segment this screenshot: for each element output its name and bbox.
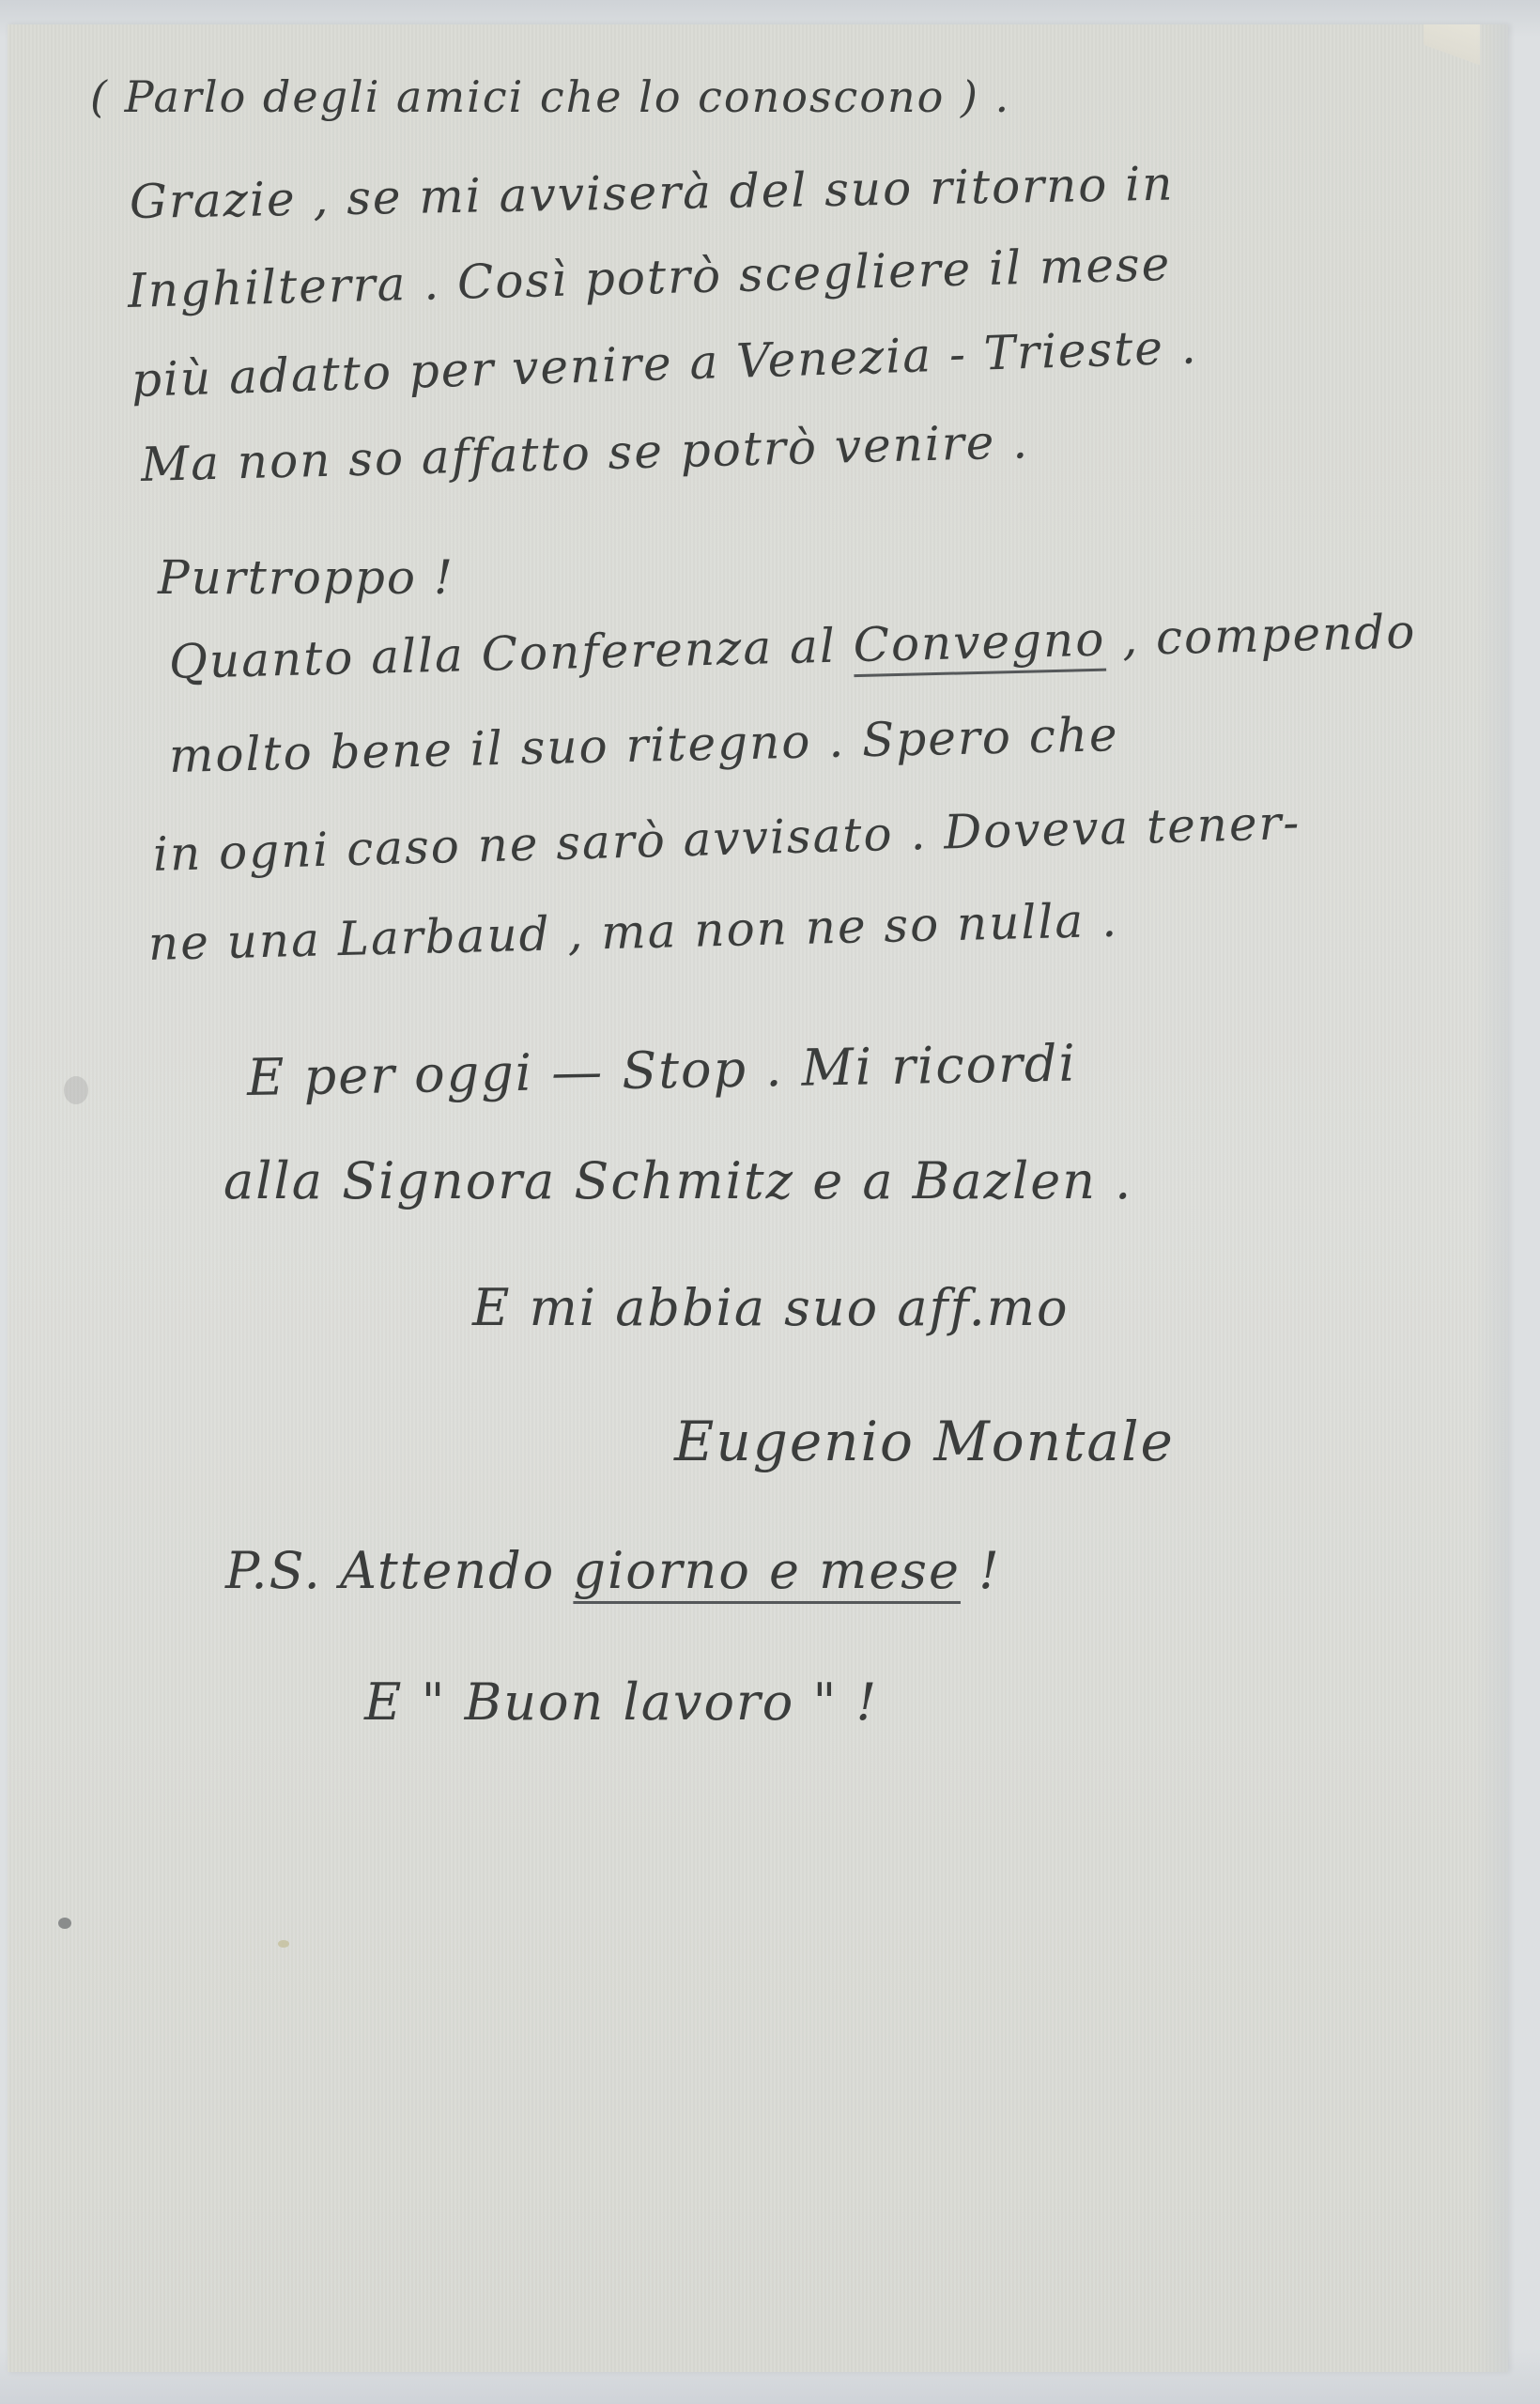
letter-line-4: più adatto per venire a Venezia - Triest… [131, 319, 1198, 408]
letter-line-3: Inghilterra . Così potrò scegliere il me… [127, 237, 1172, 318]
postscript-line: P.S. Attendo giorno e mese ! [225, 1541, 1001, 1600]
conference-text: Quanto alla Conferenza al [168, 618, 854, 689]
paper-smudge [64, 1076, 88, 1104]
underlined-giorno-e-mese: giorno e mese [573, 1541, 961, 1600]
letter-sheet: ( Parlo degli amici che lo conoscono ) .… [8, 24, 1508, 2372]
underlined-convegno: Convegno [853, 612, 1106, 673]
ps-exclamation: ! [961, 1541, 1001, 1600]
paper-corner-fold [1424, 24, 1480, 71]
buon-lavoro-line: E " Buon lavoro " ! [364, 1672, 878, 1732]
letter-line-11: E per oggi — Stop . Mi ricordi [246, 1034, 1077, 1107]
letter-line-5: Ma non so affatto se potrò venire . [140, 414, 1030, 492]
letter-line-1: ( Parlo degli amici che lo conoscono ) . [90, 71, 1010, 122]
letter-line-6: Purtroppo ! [158, 550, 454, 605]
ps-prefix: P.S. Attendo [225, 1541, 573, 1600]
closing-line: E mi abbia suo aff.mo [472, 1278, 1069, 1337]
conference-text-end: , compendo [1105, 605, 1417, 667]
letter-line-7: Quanto alla Conferenza al Convegno , com… [168, 605, 1417, 689]
signature: Eugenio Montale [674, 1410, 1175, 1473]
letter-line-2: Grazie , se mi avviserà del suo ritorno … [129, 157, 1174, 229]
letter-line-8: molto bene il suo ritegno . Spero che [168, 707, 1119, 783]
paper-speck [58, 1918, 71, 1929]
paper-speck [278, 1940, 289, 1948]
letter-line-12: alla Signora Schmitz e a Bazlen . [223, 1151, 1132, 1210]
letter-line-10: ne una Larbaud , ma non ne so nulla . [147, 893, 1118, 971]
letter-line-9: in ogni caso ne sarò avvisato . Doveva t… [152, 795, 1301, 882]
paper-edge [1476, 24, 1508, 2372]
